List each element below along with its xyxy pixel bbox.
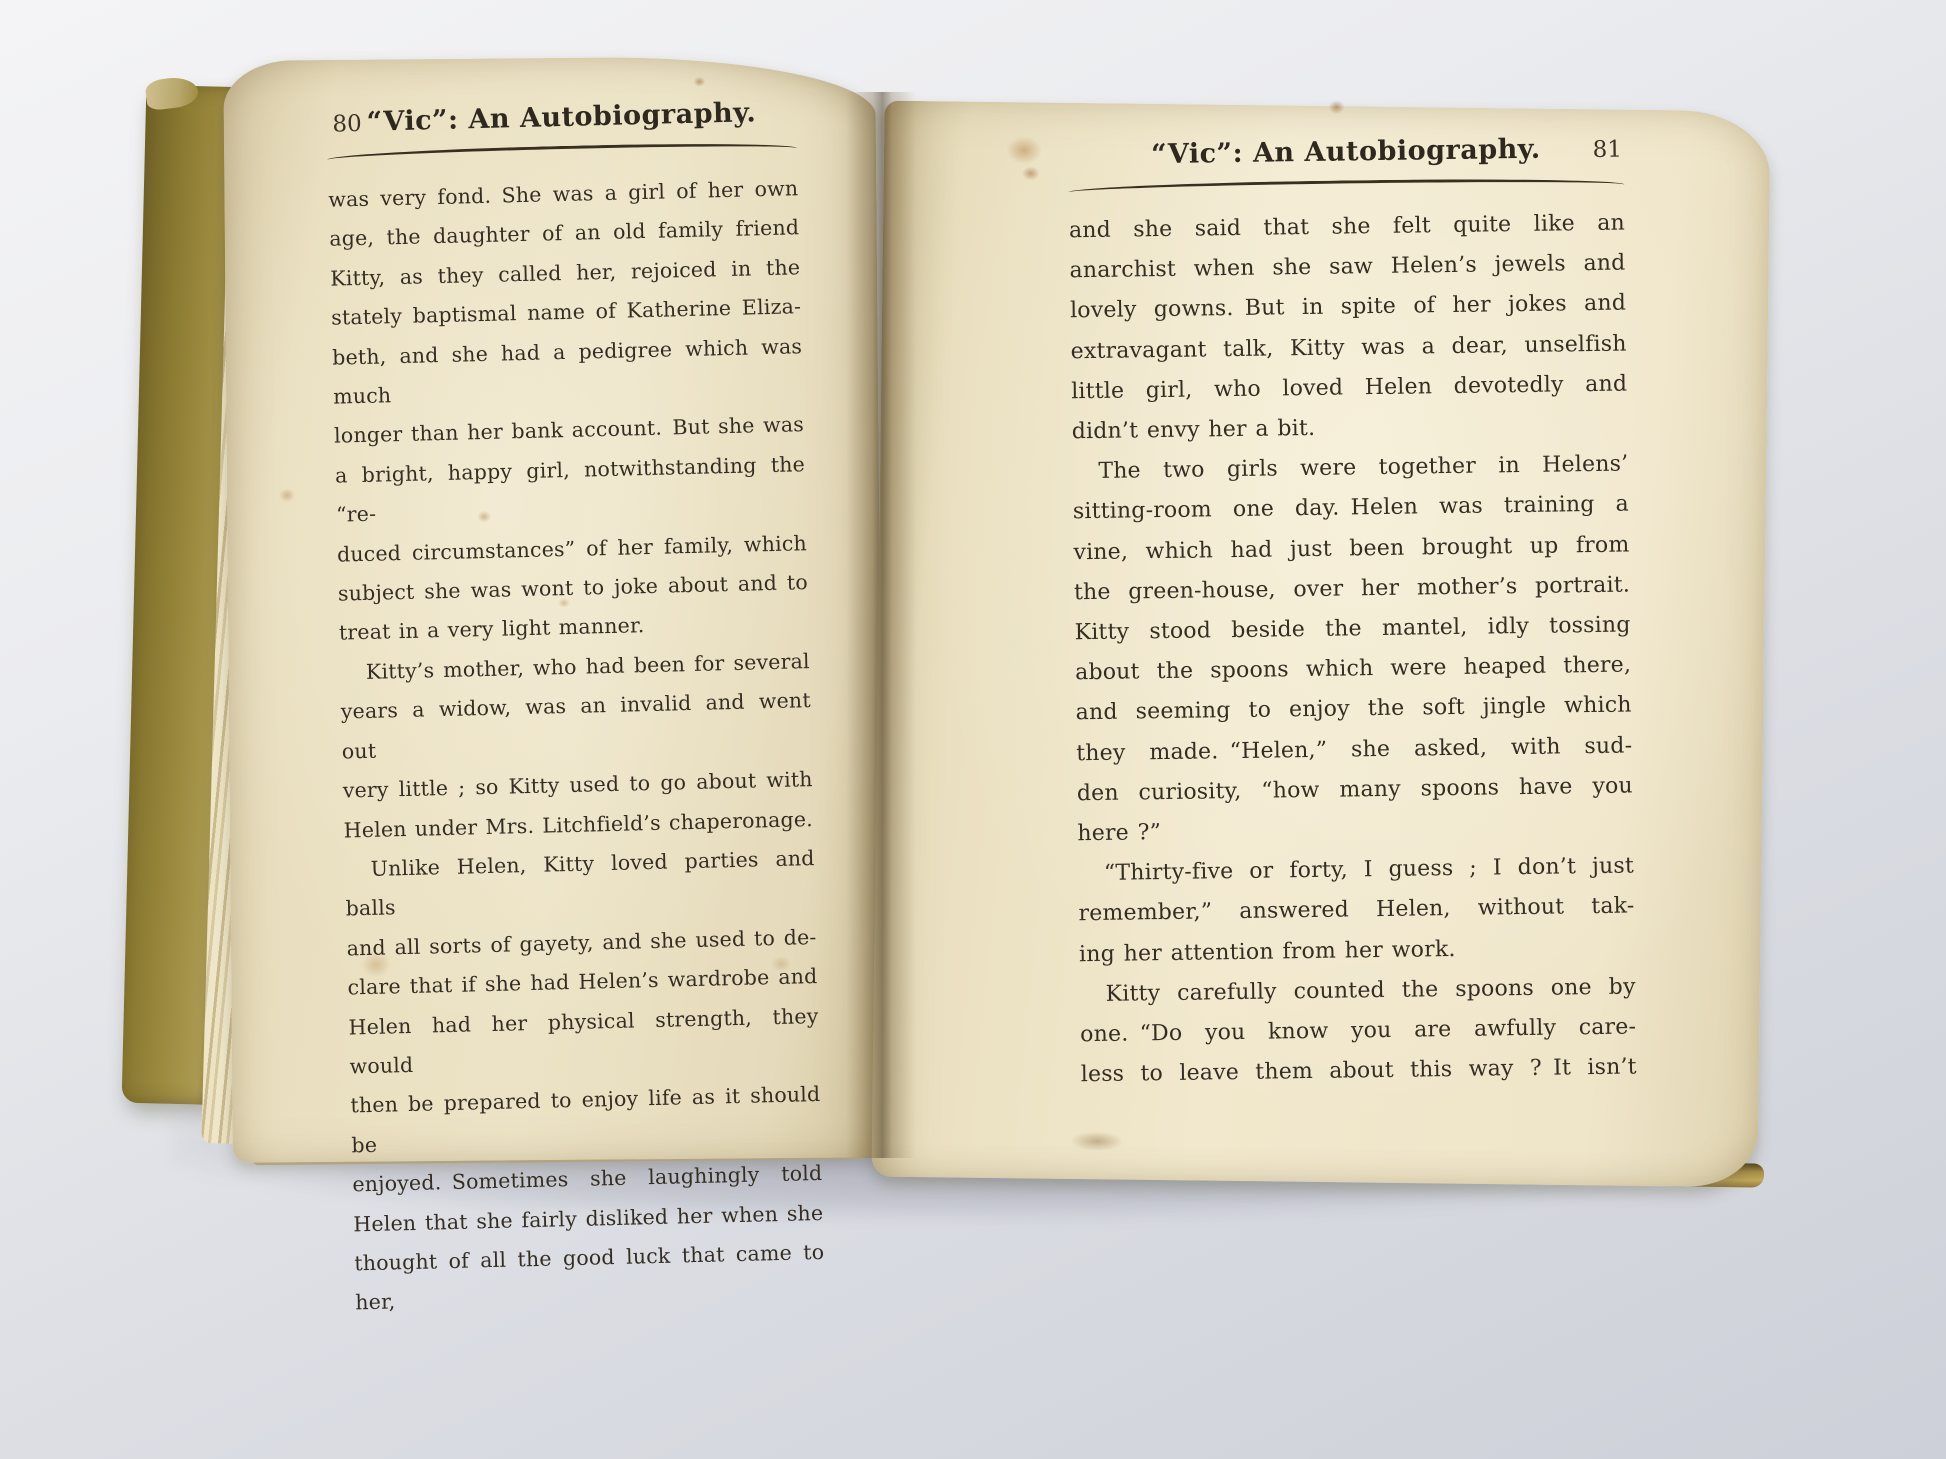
- text-line: beth, and she had a pedigree which was m…: [332, 327, 804, 417]
- right-running-head-title: “Vic”: An Autobiography.: [1068, 133, 1624, 172]
- right-page-text: and she said that she felt quite like an…: [1069, 204, 1637, 1096]
- text-line: then be prepared to enjoy life as it sho…: [350, 1075, 822, 1165]
- right-page: “Vic”: An Autobiography. 81 and she said…: [871, 101, 1770, 1188]
- text-line: Unlike Helen, Kitty loved parties and ba…: [344, 839, 816, 929]
- photo-scene: 80 “Vic”: An Autobiography. was very fon…: [0, 0, 1946, 1459]
- left-page-number: 80: [332, 111, 362, 138]
- right-running-header: “Vic”: An Autobiography. 81: [1068, 133, 1625, 183]
- foxing-spot: [1022, 166, 1040, 180]
- foxing-spot: [1006, 136, 1042, 164]
- left-running-header: 80 “Vic”: An Autobiography.: [326, 96, 797, 149]
- text-line: little girl, who loved Helen devotedly a…: [1071, 364, 1628, 412]
- left-page-text: was very fond. She was a girl of her own…: [328, 169, 826, 1323]
- text-line: less to leave them about this way ? It i…: [1081, 1048, 1638, 1096]
- foxing-spot: [1328, 100, 1344, 114]
- text-line: remember,” answered Helen, without tak-: [1078, 887, 1635, 935]
- foxing-spot: [693, 77, 705, 87]
- left-running-head-title: “Vic”: An Autobiography.: [326, 96, 797, 138]
- left-page-content: 80 “Vic”: An Autobiography. was very fon…: [326, 96, 826, 1323]
- foxing-spot: [1070, 1131, 1124, 1152]
- text-line: a bright, happy girl, notwithstanding th…: [335, 445, 807, 535]
- right-page-content: “Vic”: An Autobiography. 81 and she said…: [1068, 133, 1637, 1096]
- text-line: thought of all the good luck that came t…: [354, 1233, 826, 1323]
- foxing-spot: [279, 488, 295, 502]
- text-line: Helen had her physical strength, they wo…: [348, 997, 820, 1087]
- text-line: years a widow, was an invalid and went o…: [340, 681, 812, 771]
- left-page: 80 “Vic”: An Autobiography. was very fon…: [223, 55, 885, 1163]
- right-page-number: 81: [1592, 137, 1622, 163]
- text-line: den curiosity, “how many spoons have you: [1077, 766, 1634, 814]
